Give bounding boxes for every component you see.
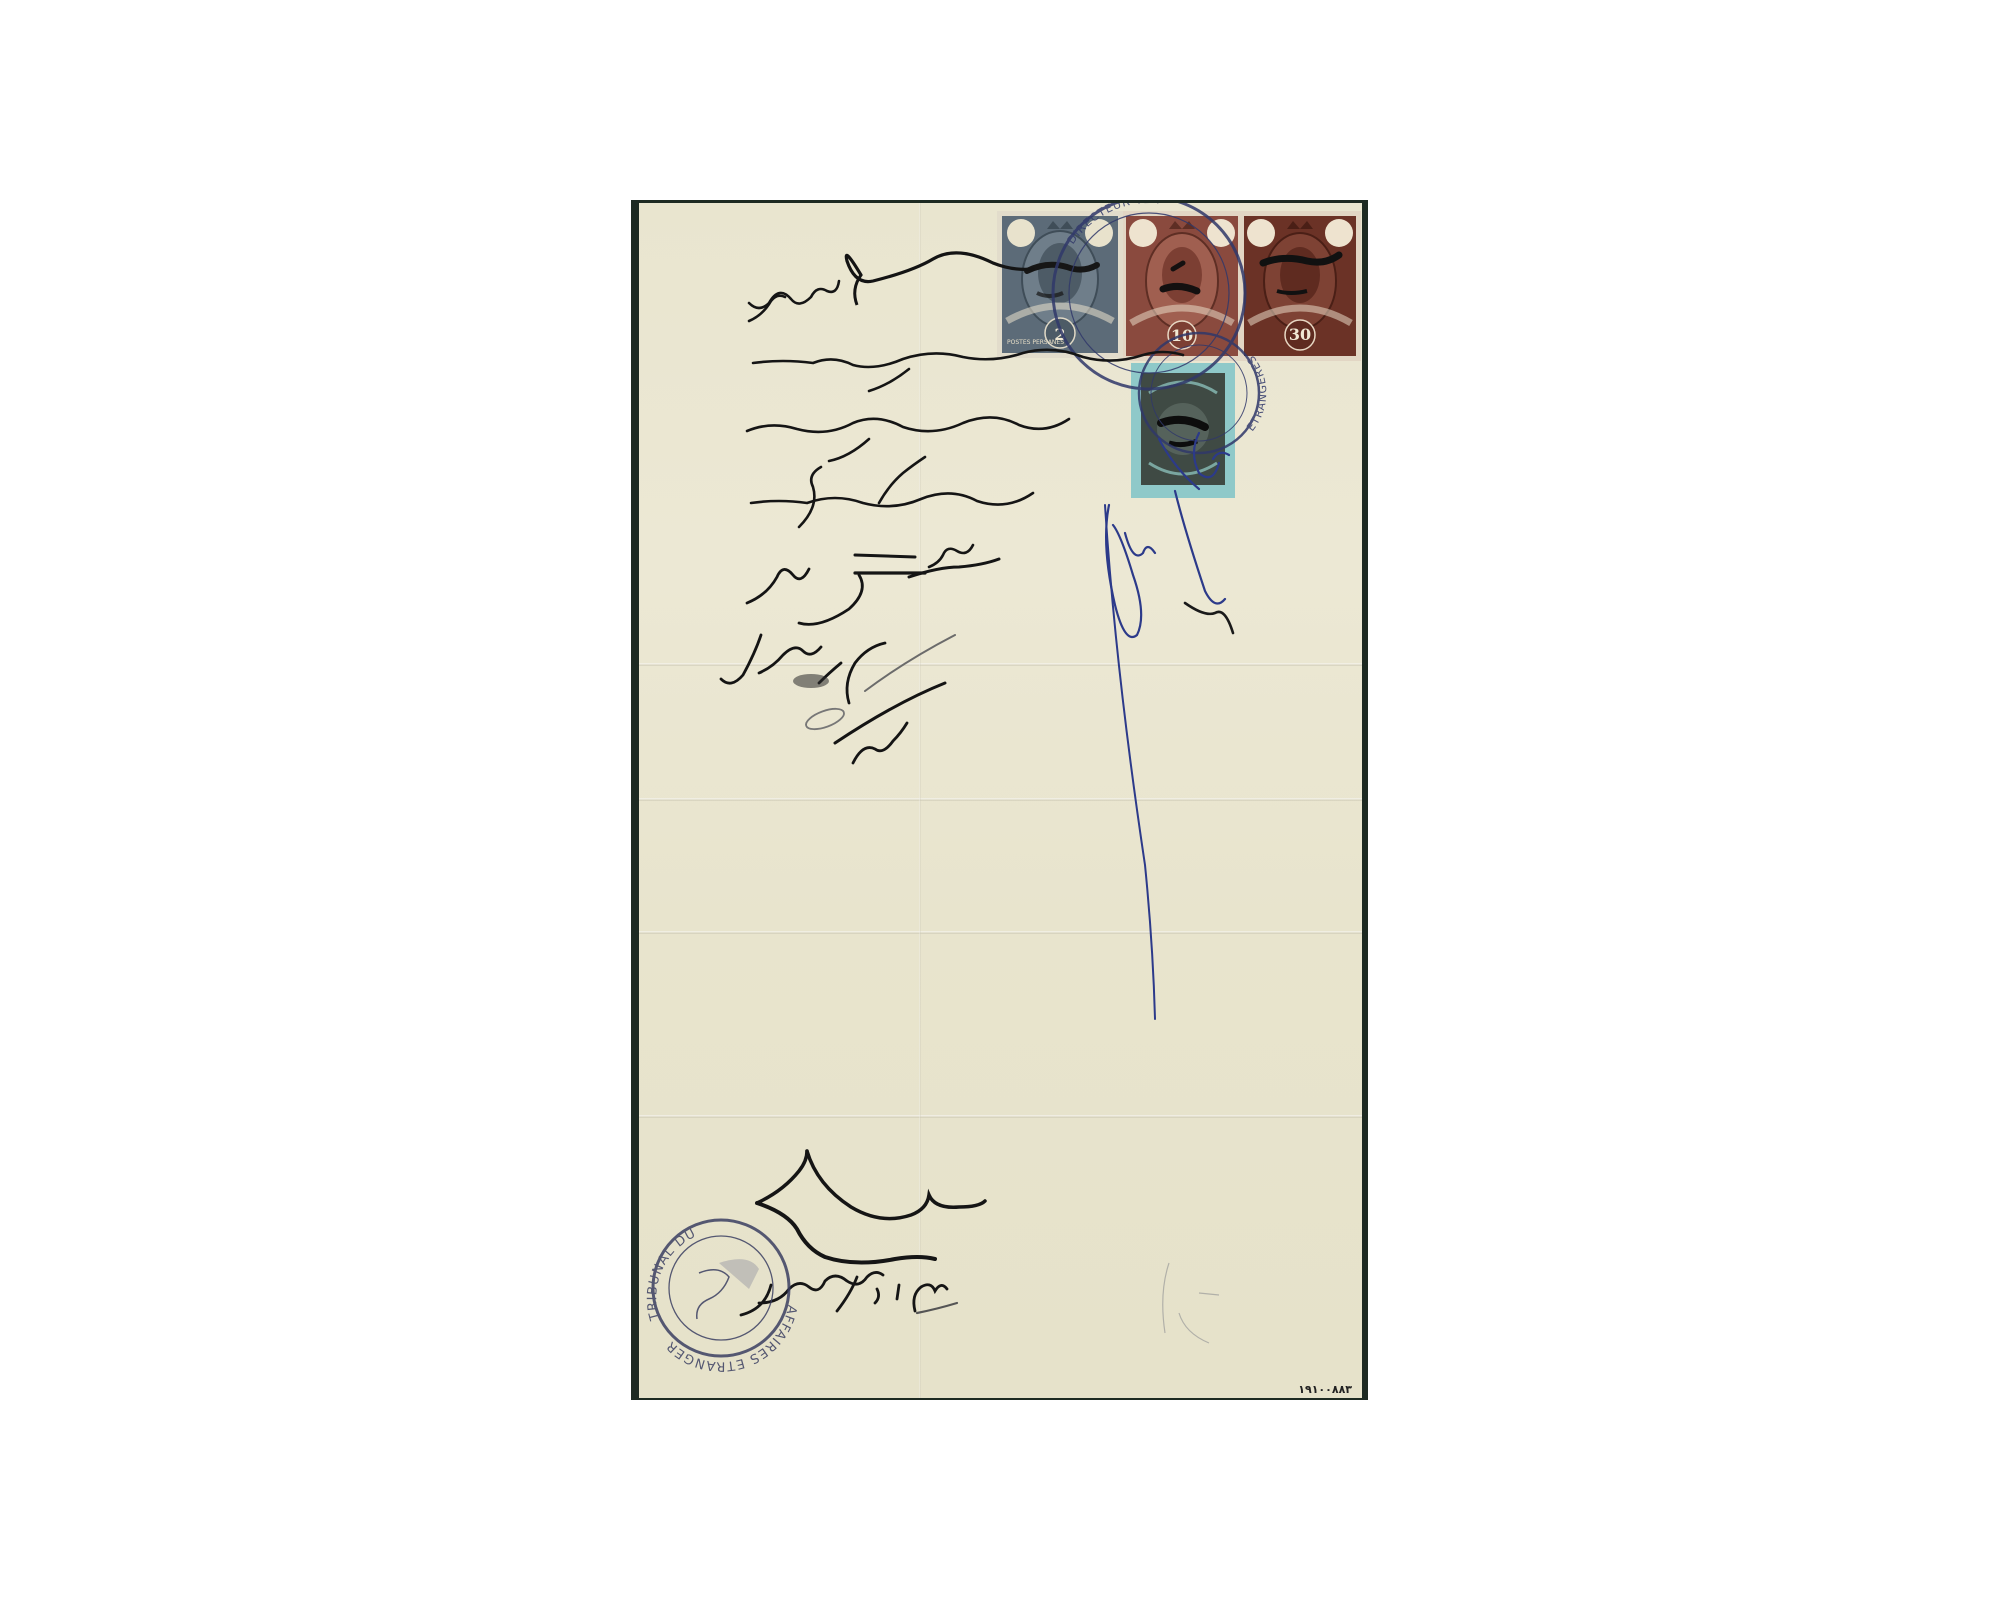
svg-text:DIRECTEUR TER: DIRECTEUR TER <box>1065 203 1161 246</box>
blue-signature <box>1105 433 1229 1019</box>
seal-bottom-text: AFFAIRES ETRANGERES <box>639 203 799 1373</box>
postmark-bottom-text: ETRANGERES <box>1244 353 1269 434</box>
postmark-top: DIRECTEUR TER ETRANGERES <box>1053 203 1269 453</box>
postmark-top-text: DIRECTEUR TER <box>1065 203 1161 246</box>
document-scan: 2 POSTES PERSANES 10 <box>631 200 1368 1400</box>
svg-text:TRIBUNAL DU: TRIBUNAL DU <box>645 1226 699 1323</box>
ink-layer: DIRECTEUR TER ETRANGERES <box>639 203 1362 1398</box>
svg-text:ETRANGERES: ETRANGERES <box>1244 353 1269 434</box>
seal-top-text: TRIBUNAL DU <box>645 1226 699 1323</box>
svg-text:AFFAIRES ETRANGERES: AFFAIRES ETRANGERES <box>639 203 799 1373</box>
faint-stamp <box>1163 1263 1219 1343</box>
tribunal-seal: TRIBUNAL DU AFFAIRES ETRANGERES <box>639 203 799 1373</box>
paper-sheet: 2 POSTES PERSANES 10 <box>639 203 1362 1398</box>
catalog-number: ۱۹۱۰۰۸۸۳ <box>1298 1383 1352 1396</box>
